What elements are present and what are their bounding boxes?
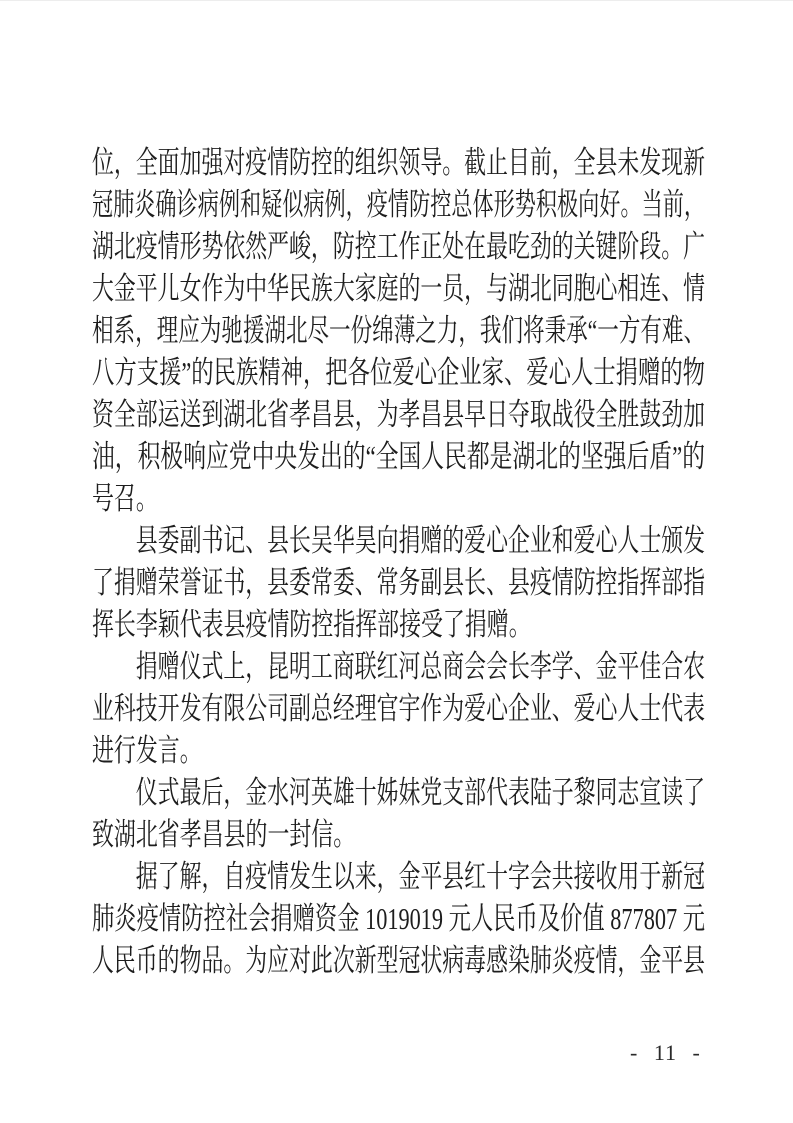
text-line: 大金平儿女作为中华民族大家庭的一员，与湖北同胞心相连、情: [92, 268, 705, 310]
text-line: 冠肺炎确诊病例和疑似病例，疫情防控总体形势积极向好。当前，: [92, 184, 705, 226]
text-line-content: 湖北疫情形势依然严峻，防控工作正处在最吃劲的关键阶段。广: [92, 226, 705, 268]
text-line: 挥长李颖代表县疫情防控指挥部接受了捐赠。: [92, 604, 705, 646]
text-line: 油，积极响应党中央发出的“全国人民都是湖北的坚强后盾”的: [92, 436, 705, 478]
paragraph: 仪式最后，金水河英雄十姊妹党支部代表陆子黎同志宣读了致湖北省孝昌县的一封信。: [92, 772, 705, 856]
text-line: 号召。: [92, 478, 705, 520]
paragraph: 据了解，自疫情发生以来，金平县红十字会共接收用于新冠肺炎疫情防控社会捐赠资金 1…: [92, 856, 705, 982]
text-line: 肺炎疫情防控社会捐赠资金 1019019 元人民币及价值 877807 元: [92, 898, 705, 940]
text-line-content: 县委副书记、县长吴华昊向捐赠的爱心企业和爱心人士颁发: [92, 520, 705, 562]
text-line: 八方支援”的民族精神，把各位爱心企业家、爱心人士捐赠的物: [92, 352, 705, 394]
text-line: 县委副书记、县长吴华昊向捐赠的爱心企业和爱心人士颁发: [92, 520, 705, 562]
text-line: 致湖北省孝昌县的一封信。: [92, 814, 705, 856]
text-line-content: 资全部运送到湖北省孝昌县，为孝昌县早日夺取战役全胜鼓劲加: [92, 394, 705, 436]
paragraph: 县委副书记、县长吴华昊向捐赠的爱心企业和爱心人士颁发了捐赠荣誉证书，县委常委、常…: [92, 520, 705, 646]
document-body: 位，全面加强对疫情防控的组织领导。截止目前，全县未发现新冠肺炎确诊病例和疑似病例…: [92, 142, 705, 982]
text-line: 仪式最后，金水河英雄十姊妹党支部代表陆子黎同志宣读了: [92, 772, 705, 814]
text-line-content: 捐赠仪式上，昆明工商联红河总商会会长李学、金平佳合农: [92, 646, 705, 688]
text-line-content: 致湖北省孝昌县的一封信。: [92, 814, 355, 856]
text-line-content: 油，积极响应党中央发出的“全国人民都是湖北的坚强后盾”的: [92, 436, 705, 478]
text-line-content: 肺炎疫情防控社会捐赠资金 1019019 元人民币及价值 877807 元: [92, 898, 705, 940]
text-line: 位，全面加强对疫情防控的组织领导。截止目前，全县未发现新: [92, 142, 705, 184]
text-line-content: 号召。: [92, 478, 158, 520]
text-line: 业科技开发有限公司副总经理官宇作为爱心企业、爱心人士代表: [92, 688, 705, 730]
paragraph: 捐赠仪式上，昆明工商联红河总商会会长李学、金平佳合农业科技开发有限公司副总经理官…: [92, 646, 705, 772]
paragraph: 位，全面加强对疫情防控的组织领导。截止目前，全县未发现新冠肺炎确诊病例和疑似病例…: [92, 142, 705, 520]
text-line: 了捐赠荣誉证书，县委常委、常务副县长、县疫情防控指挥部指: [92, 562, 705, 604]
text-line-content: 八方支援”的民族精神，把各位爱心企业家、爱心人士捐赠的物: [92, 352, 705, 394]
text-line-content: 人民币的物品。为应对此次新型冠状病毒感染肺炎疫情，金平县: [92, 940, 705, 982]
text-line: 资全部运送到湖北省孝昌县，为孝昌县早日夺取战役全胜鼓劲加: [92, 394, 705, 436]
text-line-content: 了捐赠荣誉证书，县委常委、常务副县长、县疫情防控指挥部指: [92, 562, 705, 604]
document-page: 位，全面加强对疫情防控的组织领导。截止目前，全县未发现新冠肺炎确诊病例和疑似病例…: [0, 0, 793, 1123]
text-line-content: 进行发言。: [92, 730, 202, 772]
text-line-content: 大金平儿女作为中华民族大家庭的一员，与湖北同胞心相连、情: [92, 268, 705, 310]
text-line: 捐赠仪式上，昆明工商联红河总商会会长李学、金平佳合农: [92, 646, 705, 688]
text-line: 据了解，自疫情发生以来，金平县红十字会共接收用于新冠: [92, 856, 705, 898]
page-number: - 11 -: [630, 1039, 701, 1067]
text-line-content: 相系，理应为驰援湖北尽一份绵薄之力，我们将秉承“一方有难、: [92, 310, 705, 352]
text-line-content: 挥长李颖代表县疫情防控指挥部接受了捐赠。: [92, 604, 531, 646]
text-line-content: 业科技开发有限公司副总经理官宇作为爱心企业、爱心人士代表: [92, 688, 705, 730]
text-line-content: 仪式最后，金水河英雄十姊妹党支部代表陆子黎同志宣读了: [92, 772, 705, 814]
text-line: 进行发言。: [92, 730, 705, 772]
text-line-content: 冠肺炎确诊病例和疑似病例，疫情防控总体形势积极向好。当前，: [92, 184, 705, 226]
text-line: 湖北疫情形势依然严峻，防控工作正处在最吃劲的关键阶段。广: [92, 226, 705, 268]
text-line-content: 据了解，自疫情发生以来，金平县红十字会共接收用于新冠: [92, 856, 705, 898]
text-line: 人民币的物品。为应对此次新型冠状病毒感染肺炎疫情，金平县: [92, 940, 705, 982]
text-line: 相系，理应为驰援湖北尽一份绵薄之力，我们将秉承“一方有难、: [92, 310, 705, 352]
text-line-content: 位，全面加强对疫情防控的组织领导。截止目前，全县未发现新: [92, 142, 705, 184]
